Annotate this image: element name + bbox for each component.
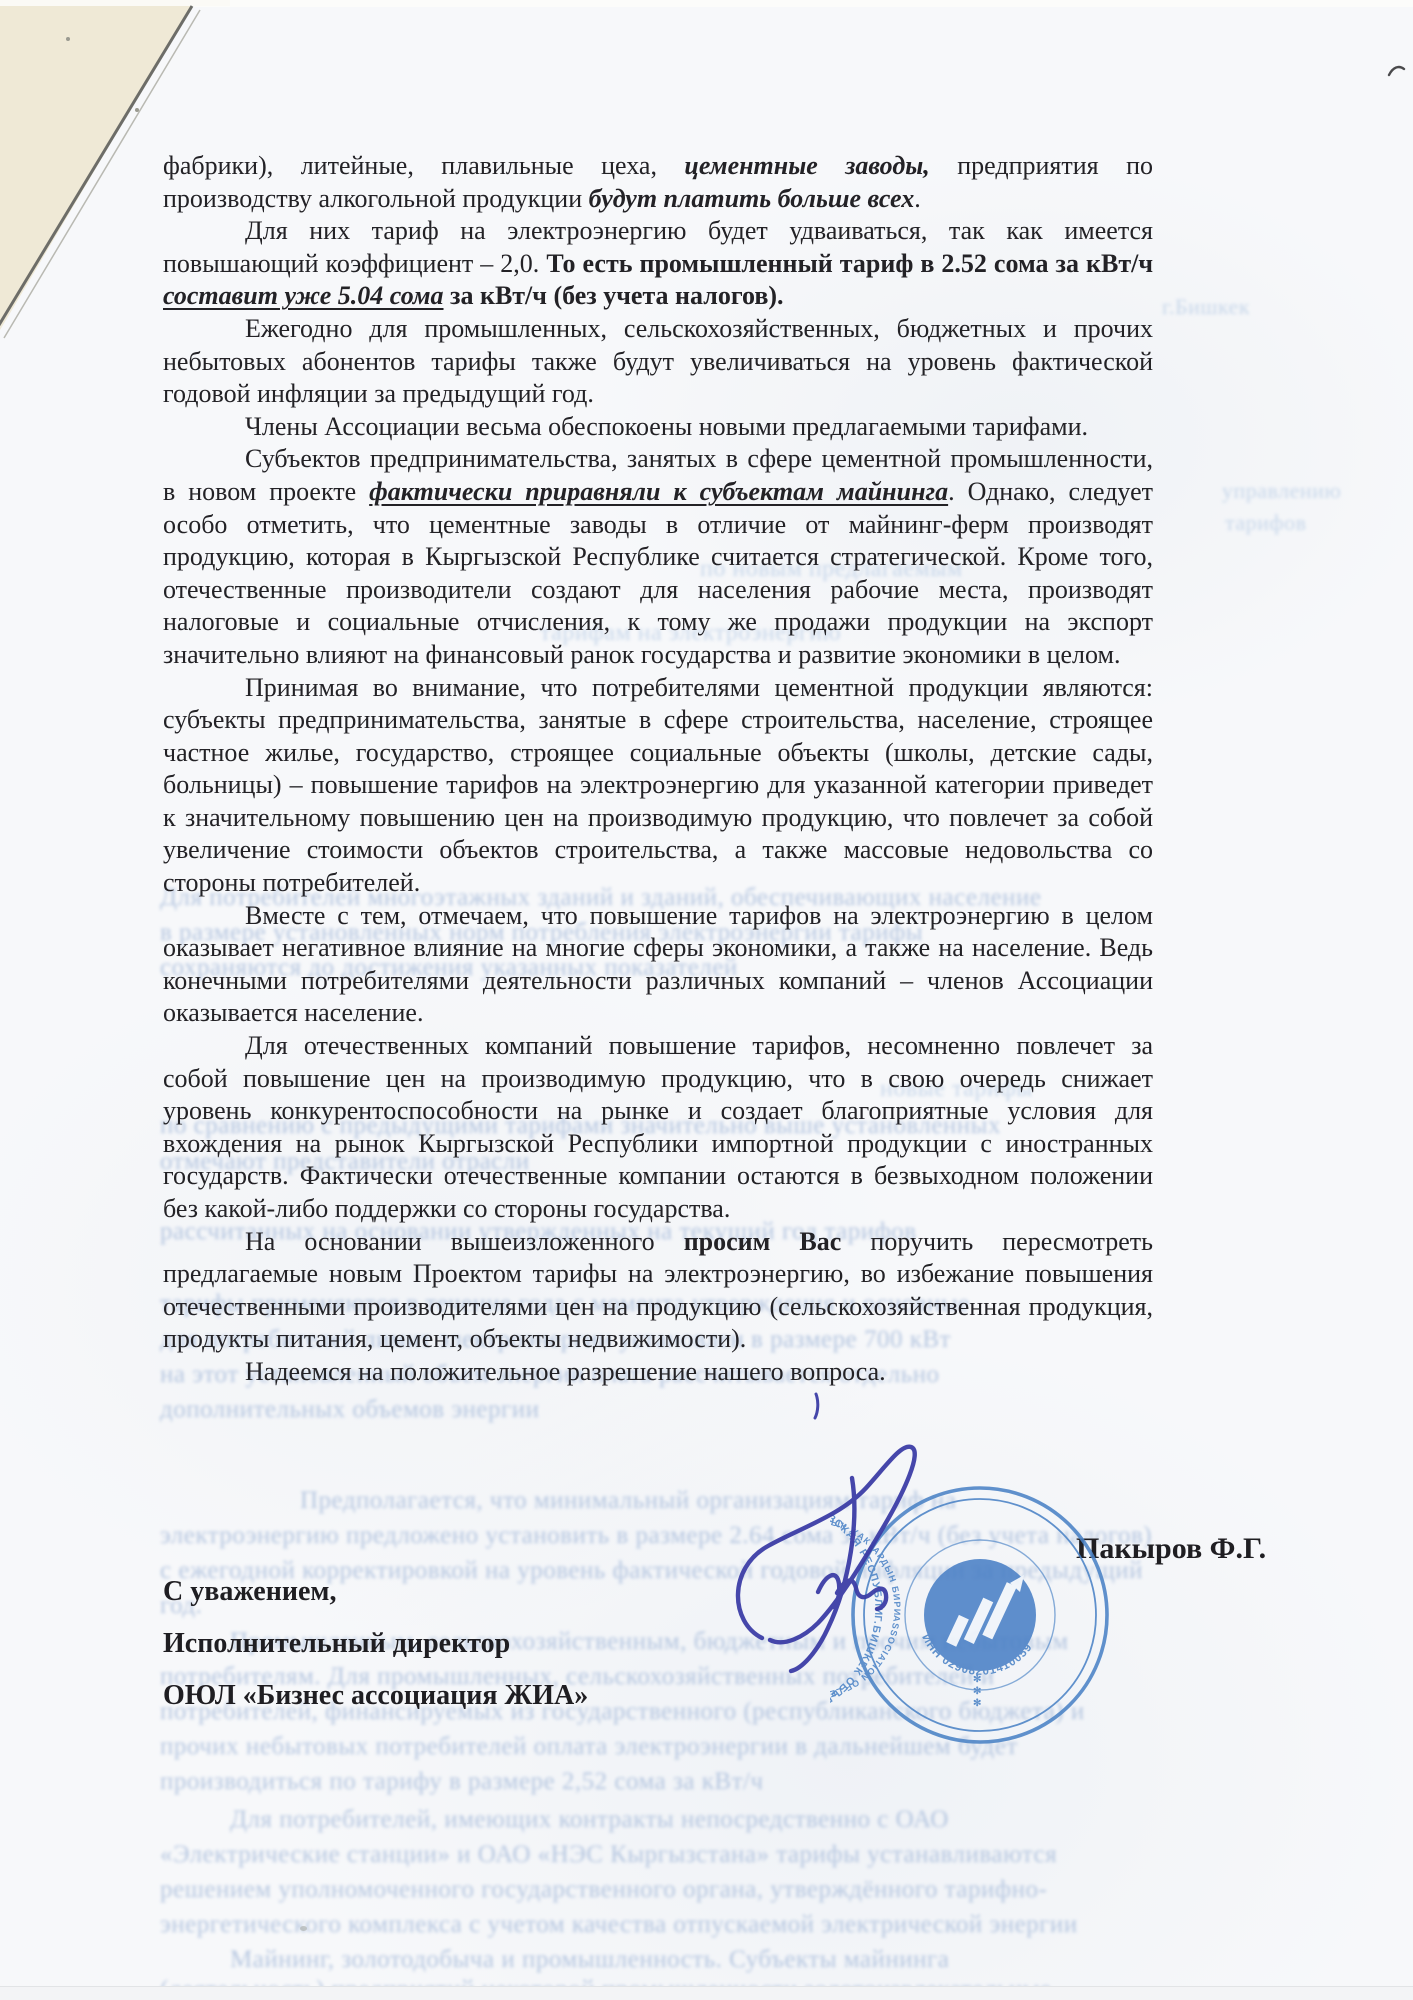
paragraph-request: На основании вышеизложенного просим Вас …: [163, 1226, 1153, 1356]
bleedthrough-line: решением уполномоченного государственног…: [160, 1876, 1410, 1904]
emphasis-cement-plants: цементные заводы,: [684, 151, 929, 180]
emphasis-without-taxes: за кВт/ч (без учета налогов).: [444, 281, 784, 310]
pen-mark-icon: [1386, 62, 1408, 82]
bleedthrough-line: тарифов: [1225, 510, 1395, 536]
bleedthrough-line: прочих небытовых потребителей оплата эле…: [160, 1733, 1410, 1761]
bleedthrough-line: энергетического комплекса с учетом качес…: [160, 1911, 1410, 1939]
scanned-letter-page: г.Бишкек управлению тарифов по новым пре…: [0, 0, 1413, 2000]
letter-body: фабрики), литейные, плавильные цеха, цем…: [163, 150, 1153, 1389]
bleedthrough-line: Для потребителей, имеющих контракты непо…: [230, 1806, 1410, 1834]
handwritten-signature: [700, 1360, 970, 1690]
paragraph-hope: Надеемся на положительное разрешение наш…: [163, 1356, 1153, 1389]
scan-speck: [300, 1926, 307, 1931]
paragraph-annual-increase: Ежегодно для промышленных, сельскохозяйс…: [163, 313, 1153, 411]
body-text: На основании вышеизложенного: [245, 1227, 684, 1256]
signature-block: С уважением, Исполнительный директор ОЮЛ…: [163, 1576, 588, 1732]
stamp-star: ✻: [973, 1686, 981, 1697]
paragraph-negative-impact: Вместе с тем, отмечаем, что повышение та…: [163, 900, 1153, 1030]
stamp-star: ✻: [973, 1674, 981, 1685]
paragraph-cement-consumers: Принимая во внимание, что потребителями …: [163, 672, 1153, 900]
bleedthrough-line: дополнительных объемов энергии: [160, 1396, 780, 1424]
paragraph-cement-vs-mining: Субъектов предпринимательства, занятых в…: [163, 443, 1153, 671]
emphasis-pay-most: будут платить больше всех: [589, 184, 915, 213]
paragraph-competitiveness: Для отечественных компаний повышение тар…: [163, 1030, 1153, 1226]
scan-corner-fold: [0, 0, 230, 345]
paragraph-tariff-doubling: Для них тариф на электроэнергию будет уд…: [163, 215, 1153, 313]
salutation: С уважением,: [163, 1576, 588, 1607]
bleedthrough-line: Майнинг, золотодобыча и промышленность. …: [230, 1946, 1410, 1974]
organization-name: ОЮЛ «Бизнес ассоциация ЖИА»: [163, 1680, 588, 1711]
body-text: фабрики), литейные, плавильные цеха,: [163, 151, 684, 180]
stamp-star: ✻: [973, 1698, 981, 1709]
emphasis-we-ask-you: просим Вас: [684, 1227, 842, 1256]
bleedthrough-line: производиться по тарифу в размере 2,52 с…: [160, 1768, 1060, 1796]
body-text: .: [914, 184, 921, 213]
paragraph-intro-continuation: фабрики), литейные, плавильные цеха, цем…: [163, 150, 1153, 215]
signer-title: Исполнительный директор: [163, 1628, 588, 1659]
scanner-edge-bottom: [0, 1986, 1413, 2000]
paragraph-members-concerned: Члены Ассоциации весьма обеспокоены новы…: [163, 411, 1153, 444]
emphasis-equated-to-mining: фактически приравняли к субъектам майнин…: [369, 477, 948, 506]
bleedthrough-line: г.Бишкек: [1162, 294, 1322, 320]
bleedthrough-line: «Электрические станции» и ОАО «НЭС Кыргы…: [160, 1841, 1410, 1869]
bleedthrough-line: управлению: [1222, 478, 1402, 504]
emphasis-industrial-tariff: То есть промышленный тариф в 2.52 сома з…: [546, 249, 1153, 278]
